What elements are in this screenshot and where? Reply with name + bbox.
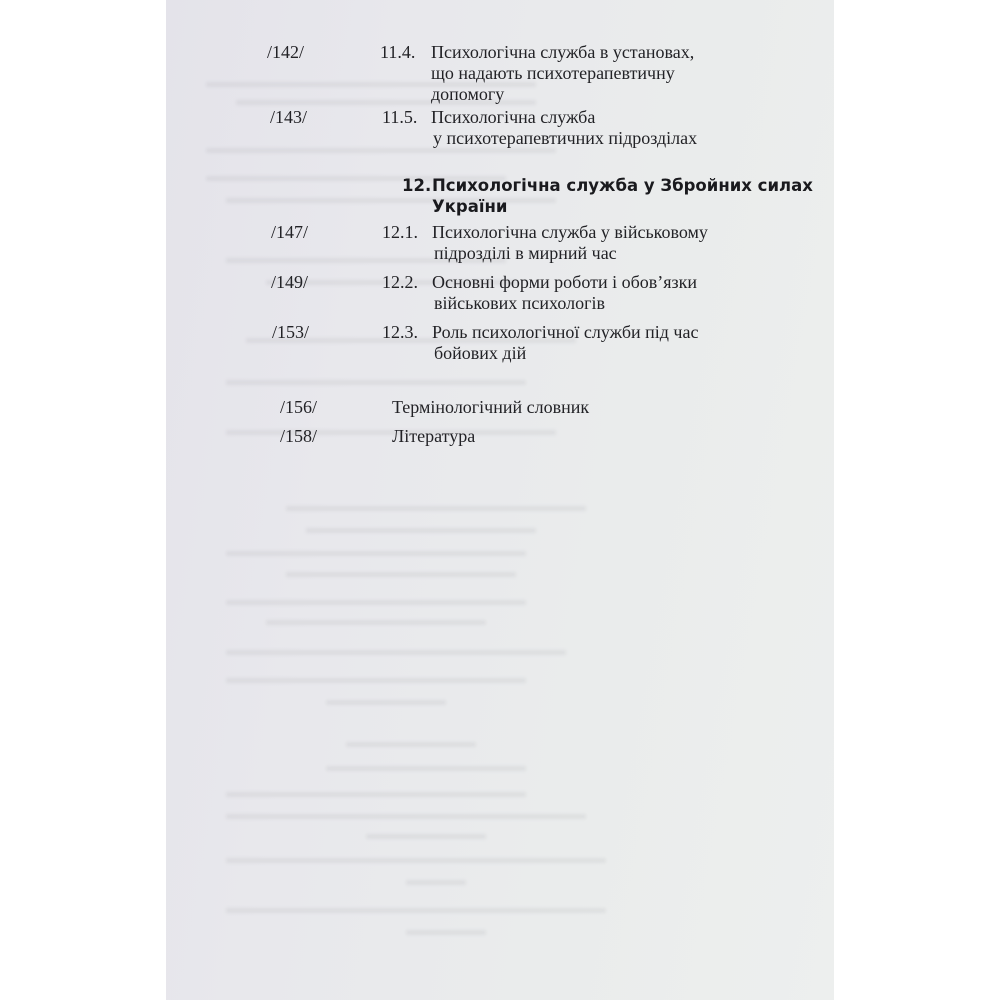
chapter-title: Психологічна служба у Збройних силах Укр…: [432, 175, 813, 217]
section-number: 12.2.: [382, 272, 418, 293]
page-number: /147/: [271, 222, 308, 243]
section-number: 12.3.: [382, 322, 418, 343]
section-title: Термінологічний словник: [392, 397, 589, 418]
section-title: Психологічна служба у психотерапевтичних…: [431, 107, 697, 149]
page-number: /158/: [280, 426, 317, 447]
page-number: /142/: [267, 42, 304, 63]
book-page: /142/ 11.4. Психологічна служба в устано…: [166, 0, 834, 1000]
section-title: Психологічна служба у військовому підроз…: [432, 222, 708, 264]
section-title: Основні форми роботи і обов’язки військо…: [432, 272, 697, 314]
section-title: Психологічна служба в установах, що нада…: [431, 42, 694, 105]
chapter-number: 12.: [402, 175, 431, 196]
section-title: Роль психологічної служби під час бойови…: [432, 322, 698, 364]
section-number: 11.5.: [382, 107, 417, 128]
page-number: /156/: [280, 397, 317, 418]
section-number: 12.1.: [382, 222, 418, 243]
page-number: /153/: [272, 322, 309, 343]
table-of-contents: /142/ 11.4. Психологічна служба в устано…: [166, 0, 834, 1000]
page-number: /143/: [270, 107, 307, 128]
section-number: 11.4.: [380, 42, 415, 63]
section-title: Література: [392, 426, 475, 447]
page-number: /149/: [271, 272, 308, 293]
